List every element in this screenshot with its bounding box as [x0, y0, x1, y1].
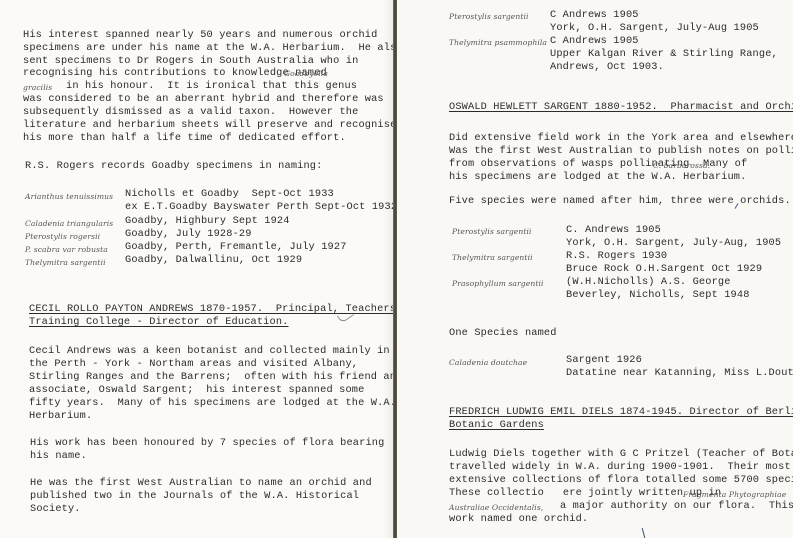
specimen-record: Goadby, Dalwallinu, Oct 1929	[125, 254, 302, 266]
text-line: Herbarium.	[29, 410, 92, 422]
text-line: in his honour. It is ironical that this …	[66, 80, 357, 92]
specimen-record: Beverley, Nicholls, Sept 1948	[566, 289, 750, 301]
page-gutter-shadow	[383, 0, 393, 538]
specimen-record: C Andrews 1905	[550, 9, 639, 21]
section-heading: Training College - Director of Education…	[29, 316, 289, 328]
text-line: Many of	[703, 158, 747, 170]
specimen-record: York, O.H. Sargent, July-Aug 1905	[550, 22, 759, 34]
text-line: These collectio ere jointly written up i…	[449, 487, 721, 499]
species-name: P. scabra var robusta	[25, 244, 108, 256]
text-line: Society.	[30, 503, 81, 515]
specimen-record: (W.H.Nicholls) A.S. George	[566, 276, 731, 288]
specimen-record: C Andrews 1905	[550, 35, 639, 47]
species-name: Thelymitra sargentii	[452, 252, 533, 264]
species-name: Pterostylis sargentii	[452, 226, 532, 238]
species-name: Arianthus tenuissimus	[25, 191, 113, 203]
species-name: Goadbyella	[284, 68, 328, 80]
text-line: a major authority on our flora. This	[560, 500, 793, 512]
text-line: travelled widely in W.A. during 1900-190…	[449, 461, 791, 473]
text-line: One Species named	[449, 327, 557, 339]
text-line: His work has been honoured by 7 species …	[30, 437, 384, 449]
specimen-record: York, O.H. Sargent, July-Aug, 1905	[566, 237, 781, 249]
right-page: Pterostylis sargentii C Andrews 1905 Yor…	[397, 0, 793, 538]
text-line: Five species were named after him, three…	[449, 195, 791, 207]
text-line: extensive collections of flora totalled …	[449, 474, 793, 486]
text-line: Was the first West Australian to publish…	[449, 145, 793, 157]
section-heading: FREDRICH LUDWIG EMIL DIELS 1874-1945. Di…	[449, 406, 793, 418]
text-line: associate, Oswald Sargent; his interest …	[29, 384, 364, 396]
section-heading: OSWALD HEWLETT SARGENT 1880-1952. Pharma…	[449, 101, 793, 113]
specimen-record: Upper Kalgan River & Stirling Range,	[550, 48, 778, 60]
text-line: sent specimens to Dr Rogers in South Aus…	[23, 55, 358, 67]
text-line: Ludwig Diels together with G C Pritzel (…	[449, 448, 793, 460]
text-line: was considered to be an aberrant hybrid …	[23, 93, 384, 105]
specimen-record: Bruce Rock O.H.Sargent Oct 1929	[566, 263, 762, 275]
text-line: He was the first West Australian to name…	[30, 477, 372, 489]
text-line: Did extensive field work in the York are…	[449, 132, 793, 144]
species-name: Caladenia doutchae	[449, 357, 527, 369]
left-page: His interest spanned nearly 50 years and…	[0, 0, 394, 538]
specimen-record: ex E.T.Goadby Bayswater Perth Sept-Oct 1…	[125, 201, 403, 213]
species-name: Thelymitra sargentii	[25, 257, 106, 269]
pen-mark	[642, 528, 646, 538]
specimen-record: Nicholls et Goadby Sept-Oct 1933	[125, 188, 334, 200]
species-name: Caladenia triangularis	[25, 218, 113, 230]
species-name: Prasophyllum sargentii	[452, 278, 544, 290]
specimen-record: Datatine near Katanning, Miss L.Doutch	[566, 367, 793, 379]
specimen-record: Goadby, Perth, Fremantle, July 1927	[125, 241, 347, 253]
text-line: work named one orchid.	[449, 513, 588, 525]
species-name: Thelymitra psammophila	[449, 37, 547, 49]
text-line: his specimens are lodged at the W.A. Her…	[449, 171, 746, 183]
specimen-record: Goadby, Highbury Sept 1924	[125, 215, 290, 227]
text-line: His interest spanned nearly 50 years and…	[23, 29, 377, 41]
text-line: his name.	[30, 450, 87, 462]
text-line: Stirling Ranges and the Barrens; often w…	[29, 371, 402, 383]
text-line: his more than half a life time of dedica…	[23, 132, 346, 144]
specimen-record: Sargent 1926	[566, 354, 642, 366]
specimen-record: R.S. Rogers 1930	[566, 250, 667, 262]
text-line: literature and herbarium sheets will pre…	[23, 119, 396, 131]
text-line: Cecil Andrews was a keen botanist and co…	[29, 345, 390, 357]
text-line: fifty years. Many of his specimens are l…	[29, 397, 396, 409]
specimen-record: C. Andrews 1905	[566, 224, 661, 236]
text-line: published two in the Journals of the W.A…	[30, 490, 359, 502]
species-name: Pterostylis sargentii	[449, 11, 529, 23]
text-line: the Perth - York - Northam areas and vis…	[29, 358, 358, 370]
section-heading: Botanic Gardens	[449, 419, 544, 431]
specimen-record: Goadby, July 1928-29	[125, 228, 252, 240]
specimen-record: Andrews, Oct 1903.	[550, 61, 664, 73]
text-line: recognising his contributions to knowled…	[23, 67, 327, 79]
species-name: Pterostylis rogersii	[25, 231, 100, 243]
text-line: subsequently dismissed as a valid taxon.…	[23, 106, 358, 118]
section-text: R.S. Rogers records Goadby specimens in …	[25, 160, 322, 172]
text-line: specimens are under his name at the W.A.…	[23, 42, 403, 54]
